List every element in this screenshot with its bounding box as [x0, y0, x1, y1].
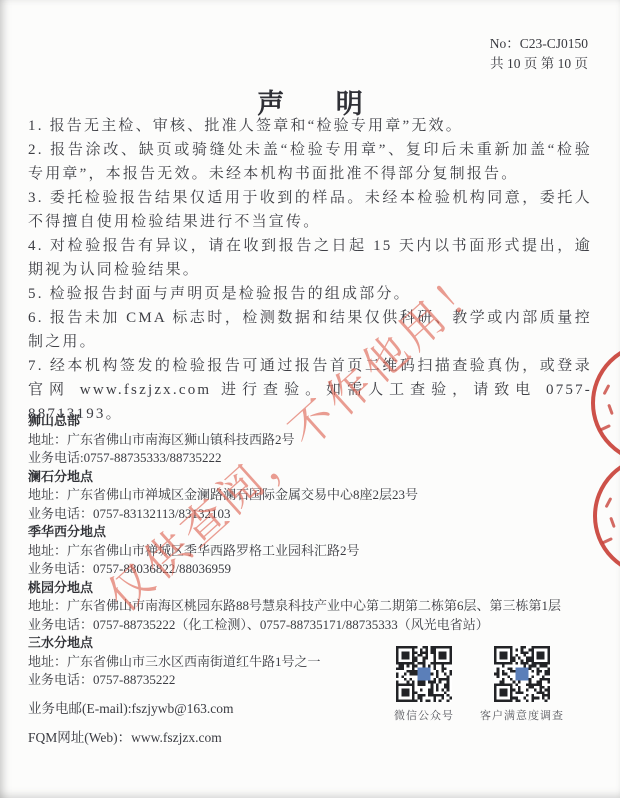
statement-item: 2. 报告涂改、缺页或骑缝处未盖“检验专用章”、复印后未重新加盖“检验专用章”，…	[28, 138, 592, 186]
seal-ink-mark	[609, 517, 615, 528]
branch-block: 桃园分地点地址：广东省佛山市南海区桃园东路88号慧泉科技产业中心第二期第二栋第6…	[28, 579, 606, 635]
contact-block: 业务电邮(E-mail):fszjywb@163.com FQM网址(Web)：…	[28, 701, 234, 759]
branch-address: 地址：广东省佛山市南海区桃园东路88号慧泉科技产业中心第二期第二栋第6层、第三栋…	[28, 597, 606, 616]
web-line: FQM网址(Web)：www.fszjzx.com	[28, 730, 234, 746]
document-page: No：C23-CJ0150 共 10 页 第 10 页 声 明 1. 报告无主检…	[0, 0, 620, 798]
branch-phone: 业务电话：0757-83132113/83132103	[28, 505, 606, 524]
qr-label: 客户满意度调查	[480, 707, 564, 723]
branch-name: 季华西分地点	[28, 523, 606, 542]
branch-phone: 业务电话:0757-88735333/88735222	[28, 449, 606, 468]
page-count: 共 10 页 第 10 页	[490, 54, 588, 74]
seal-ink-mark	[600, 424, 611, 431]
qr-label: 微信公众号	[394, 707, 454, 723]
statement-item: 4. 对检验报告有异议，请在收到报告之日起 15 天内以书面形式提出，逾期视为认…	[28, 234, 592, 282]
statement-item: 3. 委托检验报告结果仅适用于收到的样品。未经本检验机构同意，委托人不得擅自使用…	[28, 186, 592, 234]
report-header: No：C23-CJ0150 共 10 页 第 10 页	[490, 34, 588, 74]
branch-name: 狮山总部	[28, 412, 606, 431]
seal-ink-mark	[603, 384, 610, 395]
report-number: No：C23-CJ0150	[490, 34, 588, 54]
statement-item: 5. 检验报告封面与声明页是检验报告的组成部分。	[28, 282, 592, 306]
qr-box: 微信公众号	[394, 646, 454, 723]
branch-address: 地址：广东省佛山市禅城区金澜路澜石国际金属交易中心8座2层23号	[28, 486, 606, 505]
branch-name: 桃园分地点	[28, 579, 606, 598]
statement-item: 6. 报告未加 CMA 标志时，检测数据和结果仅供科研、教学或内部质量控制之用。	[28, 306, 592, 354]
branch-name: 澜石分地点	[28, 468, 606, 487]
email-line: 业务电邮(E-mail):fszjywb@163.com	[28, 701, 234, 717]
branch-block: 澜石分地点地址：广东省佛山市禅城区金澜路澜石国际金属交易中心8座2层23号业务电…	[28, 468, 606, 524]
branch-address: 地址：广东省佛山市南海区狮山镇科技西路2号	[28, 431, 606, 450]
statement-list: 1. 报告无主检、审核、批准人签章和“检验专用章”无效。2. 报告涂改、缺页或骑…	[28, 114, 592, 426]
qr-code-area: 微信公众号客户满意度调查	[394, 646, 564, 723]
qr-code-image	[396, 646, 452, 702]
branch-block: 季华西分地点地址：广东省佛山市禅城区季华西路罗格工业园科汇路2号业务电话：075…	[28, 523, 606, 579]
seal-ink-mark	[602, 537, 613, 544]
branch-phone: 业务电话：0757-88036822/88036959	[28, 560, 606, 579]
branch-address: 地址：广东省佛山市禅城区季华西路罗格工业园科汇路2号	[28, 542, 606, 561]
statement-item: 1. 报告无主检、审核、批准人签章和“检验专用章”无效。	[28, 114, 592, 138]
seal-ink-mark	[607, 404, 613, 415]
qr-box: 客户满意度调查	[480, 646, 564, 723]
branch-phone: 业务电话：0757-88735222（化工检测）、0757-88735171/8…	[28, 616, 606, 635]
seal-ink-mark	[605, 497, 612, 508]
branch-block: 狮山总部地址：广东省佛山市南海区狮山镇科技西路2号业务电话:0757-88735…	[28, 412, 606, 468]
qr-code-image	[494, 646, 550, 702]
